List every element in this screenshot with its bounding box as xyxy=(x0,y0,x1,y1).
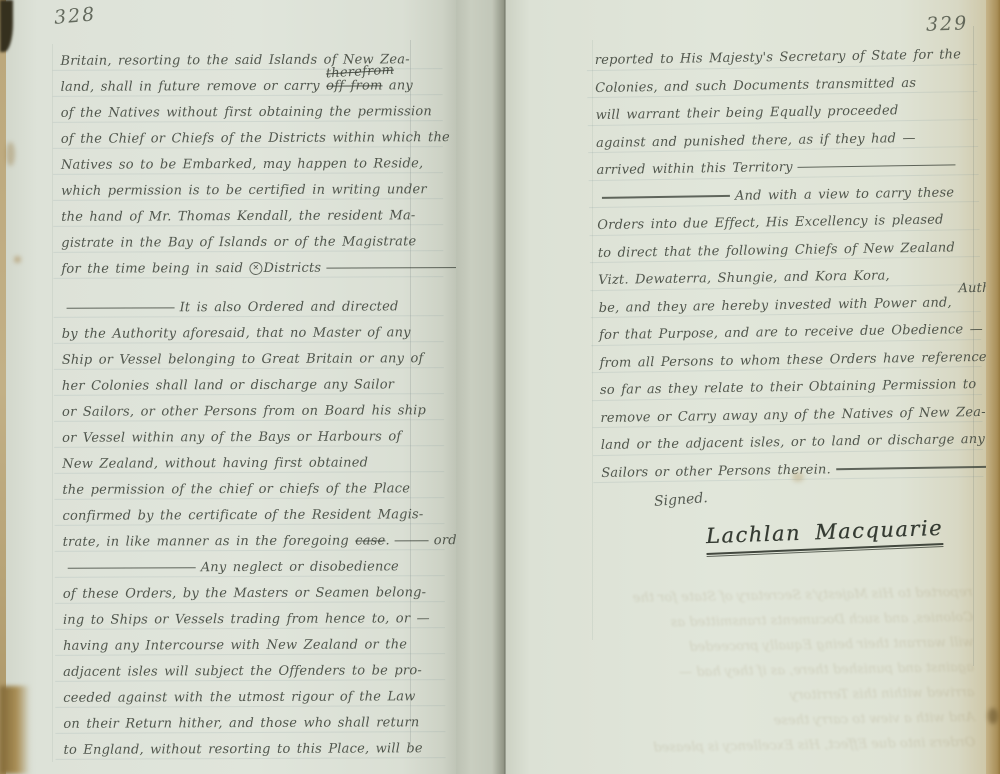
ink-rule xyxy=(798,164,956,168)
manuscript-line: ceeded against with the utmost rigour of… xyxy=(63,684,441,712)
handwritten-text: . xyxy=(385,533,389,548)
manuscript-line: the hand of Mr. Thomas Kendall, the resi… xyxy=(61,203,439,231)
struck-word: case xyxy=(355,533,385,548)
ink-rule xyxy=(395,540,429,542)
handwritten-text: on their Return hither, and those who sh… xyxy=(63,715,419,732)
manuscript-scan: 328 Britain, resorting to the said Islan… xyxy=(0,0,1000,774)
handwritten-text: or Vessel within any of the Bays or Harb… xyxy=(62,429,401,445)
handwritten-text: to England, without resorting to this Pl… xyxy=(63,741,422,758)
foxing-spot xyxy=(792,472,804,482)
handwritten-text: Colonies, and such Documents transmitted… xyxy=(595,75,916,95)
foxing-spot xyxy=(988,708,998,724)
signed-label: Signed. xyxy=(654,490,709,510)
manuscript-line: Any neglect or disobedience xyxy=(63,554,441,582)
right-page-lines: reported to His Majesty's Secretary of S… xyxy=(595,41,980,487)
handwritten-text: Orders into due Effect, His Excellency i… xyxy=(597,213,944,233)
right-page: 329 reported to His Majesty's Secretary … xyxy=(506,0,986,774)
ink-rule xyxy=(68,567,196,569)
manuscript-line: or Vessel within any of the Bays or Harb… xyxy=(62,424,440,452)
manuscript-line: trate, in like manner as in the foregoin… xyxy=(63,528,441,556)
handwritten-text: land, shall in future remove or carry xyxy=(61,79,327,95)
ink-rule xyxy=(836,466,986,470)
handwritten-text: so far as they relate to their Obtaining… xyxy=(600,377,977,398)
signature: Lachlan Macquarie xyxy=(706,516,944,556)
handwritten-text: reported to His Majesty's Secretary of S… xyxy=(595,47,962,68)
handwritten-text: Districts xyxy=(263,261,321,276)
handwritten-text: adjacent isles will subject the Offender… xyxy=(63,663,422,680)
handwritten-text: of these Orders, by the Masters or Seame… xyxy=(63,585,426,602)
book-edge-right xyxy=(986,0,1000,774)
handwritten-text: Any neglect or disobedience xyxy=(201,559,399,575)
inline-correction: off fromtherefrom xyxy=(326,73,382,99)
handwritten-text: New Zealand, without having first obtain… xyxy=(62,455,368,471)
manuscript-line: which permission is to be certified in w… xyxy=(61,177,439,205)
handwritten-text: by the Authority aforesaid, that no Mast… xyxy=(62,325,411,342)
book-spine-gutter xyxy=(456,0,506,774)
left-page-lines: Britain, resorting to the said Islands o… xyxy=(60,47,441,764)
manuscript-line: land, shall in future remove or carry of… xyxy=(61,73,439,101)
handwritten-text: Vizt. Dewaterra, Shungie, and Kora Kora, xyxy=(598,268,890,288)
foxing-spot xyxy=(6,142,15,166)
manuscript-line: having any Intercourse with New Zealand … xyxy=(63,632,441,660)
handwritten-text: confirmed by the certificate of the Resi… xyxy=(62,507,423,524)
handwritten-text: to direct that the following Chiefs of N… xyxy=(598,240,955,261)
manuscript-line: New Zealand, without having first obtain… xyxy=(62,450,440,478)
handwritten-text: gistrate in the Bay of Islands or of the… xyxy=(61,234,416,251)
handwritten-text: or Sailors, or other Persons from on Boa… xyxy=(62,403,426,420)
manuscript-line: to England, without resorting to this Pl… xyxy=(63,736,441,764)
book-edge-left-patch xyxy=(0,686,30,774)
handwritten-text: her Colonies shall land or discharge any… xyxy=(62,377,394,393)
handwritten-text: ing to Ships or Vessels trading from hen… xyxy=(63,611,430,628)
manuscript-line: of the Chief or Chiefs of the Districts … xyxy=(61,125,439,153)
manuscript-line: Sailors or other Persons therein. xyxy=(601,454,979,487)
manuscript-line: for the time being in said ✕Districts xyxy=(61,255,439,283)
handwritten-text: arrived within this Territory xyxy=(596,160,793,178)
manuscript-line: gistrate in the Bay of Islands or of the… xyxy=(61,229,439,257)
manuscript-line: the permission of the chief or chiefs of… xyxy=(62,476,440,504)
handwritten-text: And with a view to carry these xyxy=(735,185,955,203)
handwritten-text: trate, in like manner as in the foregoin… xyxy=(63,534,356,550)
manuscript-line: ing to Ships or Vessels trading from hen… xyxy=(63,606,441,634)
manuscript-line: of these Orders, by the Masters or Seame… xyxy=(63,580,441,608)
manuscript-line: Natives so to be Embarked, may happen to… xyxy=(61,151,439,179)
manuscript-line: adjacent isles will subject the Offender… xyxy=(63,658,441,686)
handwritten-text: remove or Carry away any of the Natives … xyxy=(600,404,986,425)
manuscript-line: by the Authority aforesaid, that no Mast… xyxy=(62,320,440,348)
left-page: 328 Britain, resorting to the said Islan… xyxy=(6,0,456,774)
manuscript-line: It is also Ordered and directed xyxy=(62,294,440,322)
margin-rule xyxy=(52,44,53,762)
ink-rule xyxy=(326,267,476,269)
inserted-word: therefrom xyxy=(325,58,395,88)
handwritten-text: of the Chief or Chiefs of the Districts … xyxy=(61,130,450,147)
handwritten-text: for the time being in said xyxy=(61,261,249,277)
handwritten-text: against and punished there, as if they h… xyxy=(596,130,916,150)
handwritten-text: from all Persons to whom these Orders ha… xyxy=(599,349,991,370)
manuscript-line: her Colonies shall land or discharge any… xyxy=(62,372,440,400)
manuscript-line: Ship or Vessel belonging to Great Britai… xyxy=(62,346,440,374)
handwritten-text: It is also Ordered and directed xyxy=(180,299,399,315)
foxing-spot xyxy=(14,256,21,263)
insertion-mark-icon: ✕ xyxy=(249,262,262,275)
handwritten-text: of the Natives without first obtaining t… xyxy=(61,104,432,121)
handwritten-text: the hand of Mr. Thomas Kendall, the resi… xyxy=(61,208,415,225)
handwritten-text: which permission is to be certified in w… xyxy=(61,182,427,199)
handwritten-text: ceeded against with the utmost rigour of… xyxy=(63,689,415,706)
page-number: 329 xyxy=(926,12,969,35)
margin-rule xyxy=(592,40,593,640)
handwritten-text: having any Intercourse with New Zealand … xyxy=(63,637,407,654)
page-number: 328 xyxy=(53,3,97,29)
handwritten-text: Ship or Vessel belonging to Great Britai… xyxy=(62,351,424,368)
ink-rule xyxy=(67,307,175,309)
handwritten-text: land or the adjacent isles, or to land o… xyxy=(601,432,985,453)
handwritten-text: will warrant their being Equally proceed… xyxy=(596,103,899,123)
ink-rule xyxy=(602,195,730,198)
handwritten-text: for that Purpose, and are to receive due… xyxy=(599,322,983,343)
manuscript-line: of the Natives without first obtaining t… xyxy=(61,99,439,127)
manuscript-line: or Sailors, or other Persons from on Boa… xyxy=(62,398,440,426)
manuscript-line: on their Return hither, and those who sh… xyxy=(63,710,441,738)
manuscript-line: confirmed by the certificate of the Resi… xyxy=(62,502,440,530)
handwritten-text: the permission of the chief or chiefs of… xyxy=(62,481,410,498)
bleed-through-text: reported to His Majesty's Secretary of S… xyxy=(517,580,976,763)
handwritten-text: Natives so to be Embarked, may happen to… xyxy=(61,156,423,173)
handwritten-text: be, and they are hereby invested with Po… xyxy=(599,295,952,316)
